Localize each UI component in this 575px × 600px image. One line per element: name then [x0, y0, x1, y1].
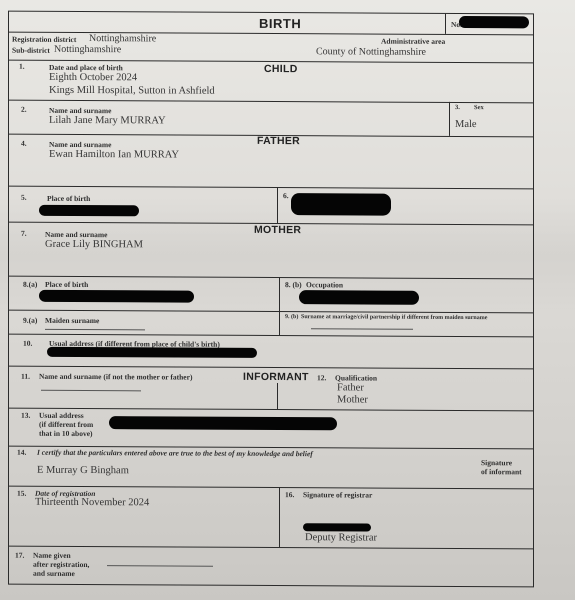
field-number: 8. (b) — [285, 280, 302, 289]
field-number: 16. — [285, 490, 294, 499]
maiden-surname-blank — [45, 329, 145, 331]
divider — [277, 383, 278, 409]
date-of-birth-value: Eighth October 2024 — [49, 72, 137, 83]
field-number: 11. — [21, 372, 30, 381]
name-after-registration-label-2: after registration, — [33, 560, 89, 569]
field-number: 2. — [21, 105, 27, 114]
certification-statement: I certify that the particulars entered a… — [37, 448, 313, 458]
field-14-row: 14. I certify that the particulars enter… — [9, 446, 533, 490]
date-of-registration-value: Thirteenth November 2024 — [35, 497, 149, 509]
field-number: 4. — [21, 139, 27, 148]
signature-of-informant-label-1: Signature — [481, 458, 512, 467]
maiden-surname-label: Maiden surname — [45, 316, 99, 325]
name-after-registration-label-1: Name given — [33, 551, 71, 560]
divider — [279, 277, 280, 311]
field-11-12-row: 11. Name and surname (if not the mother … — [9, 366, 533, 412]
field-number: 8.(a) — [23, 280, 37, 289]
redacted-informant-address — [109, 416, 337, 430]
mother-place-of-birth-label: Place of birth — [45, 280, 88, 289]
signature-of-registrar-label: Signature of registrar — [303, 490, 372, 499]
registrar-title: Deputy Registrar — [305, 532, 377, 543]
qualification-label: Qualification — [335, 373, 377, 382]
administrative-area-value: County of Nottinghamshire — [316, 46, 426, 58]
informant-signatures: E Murray G Bingham — [37, 465, 129, 476]
redacted-usual-address — [47, 347, 257, 358]
field-number: 3. — [455, 104, 460, 111]
sex-value: Male — [455, 119, 477, 130]
field-5-6-row: 5. Place of birth 6. — [9, 186, 533, 226]
field-number: 9. (b) — [285, 314, 298, 320]
registration-district-value: Nottinghamshire — [89, 33, 156, 44]
father-name-label: Name and surname — [49, 140, 112, 149]
redacted-father-occupation — [291, 193, 391, 216]
redacted-mother-occupation — [299, 290, 419, 305]
marriage-surname-blank — [311, 328, 413, 330]
section-child: CHILD — [264, 63, 298, 75]
qualification-father: Father — [337, 382, 364, 393]
field-17-row: 17. Name given after registration, and s… — [9, 546, 533, 585]
birth-certificate-form: BIRTH No. Registration district Nottingh… — [8, 11, 534, 588]
divider — [279, 487, 280, 547]
field-number: 13. — [21, 411, 30, 420]
administrative-area-label: Administrative area — [381, 37, 445, 46]
field-4-row: 4. Name and surname Ewan Hamilton Ian MU… — [9, 134, 533, 190]
father-name-value: Ewan Hamilton Ian MURRAY — [49, 149, 179, 161]
field-8-row: 8.(a) Place of birth 8. (b) Occupation — [9, 276, 533, 314]
field-13-row: 13. Usual address (if different from tha… — [9, 408, 533, 450]
informant-address-label-3: that in 10 above) — [39, 429, 93, 438]
redacted-father-place-of-birth — [39, 205, 139, 217]
mother-name-value: Grace Lily BINGHAM — [45, 239, 143, 251]
district-row: Registration district Nottinghamshire Su… — [9, 32, 533, 64]
field-number: 15. — [17, 489, 26, 498]
document-title: BIRTH — [259, 16, 301, 31]
marriage-surname-label: Surname at marriage/civil partnership if… — [301, 314, 487, 321]
divider — [445, 14, 446, 34]
redacted-entry-number — [459, 16, 529, 28]
field-number: 14. — [17, 448, 26, 457]
field-number: 6. — [283, 191, 289, 200]
signature-of-informant-label-2: of informant — [481, 467, 522, 476]
informant-name-blank — [41, 390, 141, 392]
child-name-value: Lilah Jane Mary MURRAY — [49, 115, 166, 127]
place-of-birth-value: Kings Mill Hospital, Sutton in Ashfield — [49, 85, 215, 97]
field-7-row: 7. Name and surname Grace Lily BINGHAM M… — [9, 222, 533, 280]
child-name-label: Name and surname — [49, 106, 112, 115]
name-after-registration-label-3: and surname — [33, 569, 75, 578]
field-number: 10. — [23, 339, 32, 348]
section-father: FATHER — [257, 135, 300, 147]
field-number: 17. — [15, 551, 24, 560]
field-number: 12. — [317, 373, 326, 382]
mother-occupation-label: Occupation — [306, 280, 343, 289]
sex-label: Sex — [474, 104, 484, 111]
date-place-of-birth-label: Date and place of birth — [49, 63, 123, 72]
sub-district-value: Nottinghamshire — [54, 44, 121, 55]
registration-district-label: Registration district — [12, 35, 76, 44]
informant-name-label: Name and surname (if not the mother or f… — [39, 372, 192, 382]
divider — [277, 187, 278, 223]
field-number: 5. — [21, 193, 27, 202]
name-after-registration-blank — [107, 565, 213, 567]
field-number: 1. — [19, 62, 25, 71]
field-2-3-row: 2. Name and surname Lilah Jane Mary MURR… — [9, 100, 533, 138]
redacted-registrar-name — [303, 523, 371, 531]
father-place-of-birth-label: Place of birth — [47, 194, 90, 203]
informant-address-label-2: (if different from — [39, 420, 93, 429]
field-1-row: 1. Date and place of birth Eighth Octobe… — [9, 60, 533, 104]
field-number: 7. — [21, 229, 27, 238]
redacted-mother-place-of-birth — [39, 290, 194, 303]
section-informant: INFORMANT — [243, 371, 309, 383]
field-15-16-row: 15. Date of registration Thirteenth Nove… — [9, 486, 533, 550]
mother-name-label: Name and surname — [45, 230, 108, 239]
section-mother: MOTHER — [254, 224, 301, 236]
qualification-mother: Mother — [337, 394, 368, 405]
divider — [279, 311, 280, 335]
field-10-row: 10. Usual address (if different from pla… — [9, 334, 533, 370]
informant-address-label-1: Usual address — [39, 411, 84, 420]
divider — [449, 102, 450, 136]
sub-district-label: Sub-district — [12, 46, 50, 55]
field-number: 9.(a) — [23, 316, 37, 325]
